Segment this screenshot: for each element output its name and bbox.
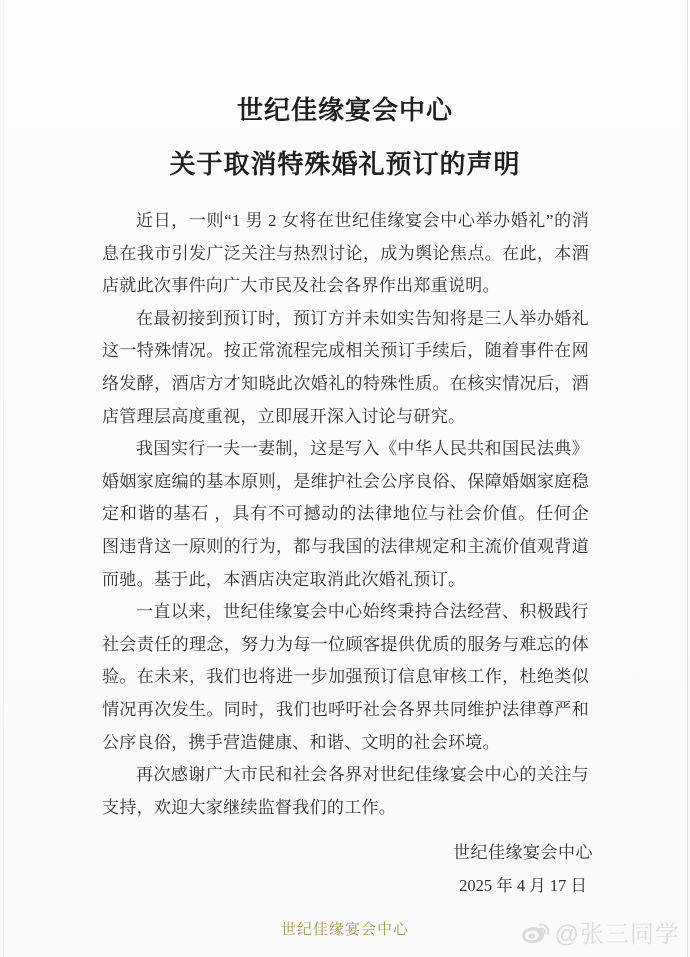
signature-org-name: 世纪佳缘宴会中心 [453,836,593,869]
photo-right-edge [687,0,688,957]
document-title-statement: 关于取消特殊婚礼预订的声明 [0,150,690,180]
document-title-org-name: 世纪佳缘宴会中心 [0,0,690,126]
watermark-text: @张三同学 [555,914,680,949]
weibo-icon [520,919,551,945]
paragraph-legal-basis: 我国实行一夫一妻制，这是写入《中华人民共和国民法典》婚姻家庭编的基本原则，是维护… [102,433,589,596]
signature-date: 2025 年 4 月 17 日 [453,869,593,902]
paragraph-intro: 近日，一则“1 男 2 女将在世纪佳缘宴会中心举办婚礼”的消息在我市引发广泛关注… [102,205,589,303]
signature-block: 世纪佳缘宴会中心 2025 年 4 月 17 日 [453,836,593,902]
photo-left-edge [3,0,4,957]
weibo-watermark: @张三同学 [520,914,680,949]
paragraph-commitment: 一直以来，世纪佳缘宴会中心始终秉持合法经营、积极践行社会责任的理念，努力为每一位… [102,596,589,759]
document-body: 近日，一则“1 男 2 女将在世纪佳缘宴会中心举办婚礼”的消息在我市引发广泛关注… [102,205,589,824]
paragraph-thanks: 再次感谢广大市民和社会各界对世纪佳缘宴会中心的关注与支持，欢迎大家继续监督我们的… [102,759,589,824]
paragraph-booking-details: 在最初接到预订时，预订方并未如实告知将是三人举办婚礼这一特殊情况。按正常流程完成… [102,303,589,433]
